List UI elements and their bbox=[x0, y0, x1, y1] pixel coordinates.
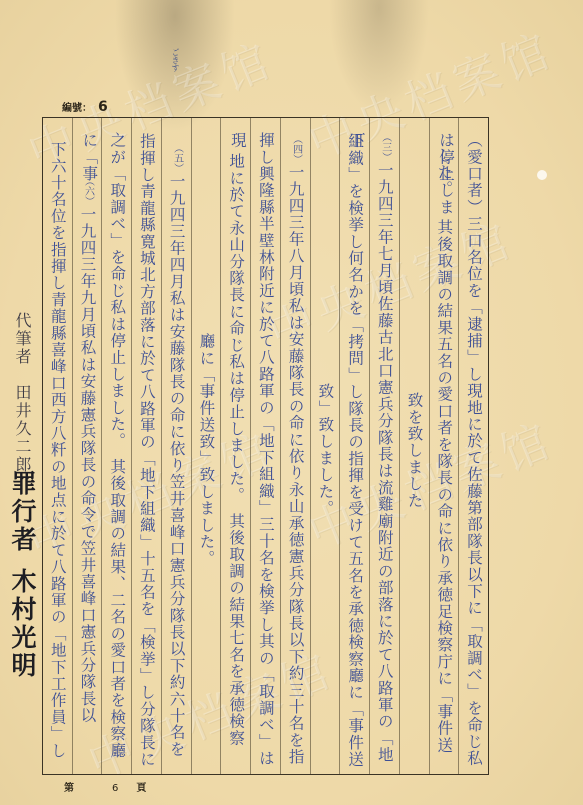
serial-number: 編號：6 bbox=[62, 99, 108, 115]
scribe-signature: 代筆者 田井久二郎 bbox=[8, 312, 34, 474]
punch-hole bbox=[537, 170, 547, 180]
column-text: 致」致しました。 bbox=[311, 132, 340, 768]
manuscript-column: 致」致しました。 bbox=[310, 118, 340, 774]
page-prefix: 第 bbox=[64, 783, 74, 794]
page-number-value: 6 bbox=[112, 783, 118, 794]
column-text: （三）一九四三年七月頃佐藤古北口憲兵分隊長は流雞廟附近の部落に於て八路軍の「地下 bbox=[370, 132, 399, 768]
column-text: 組織」を検挙し何名かを「拷問」し隊長の指揮を受けて五名を承徳検察廳に「事件送 bbox=[340, 132, 369, 768]
column-text: （四）一九四三年八月頃私は安藤隊長の命に依り永山承徳憲兵分隊長以下約三十名を指 bbox=[281, 132, 310, 768]
page-suffix: 頁 bbox=[136, 783, 146, 794]
section-marker: （四） bbox=[291, 134, 302, 164]
manuscript-column: 廳に「事件送致」致しました。 bbox=[191, 118, 221, 774]
column-text: （六）一九四三年九月頃私は安藤憲兵隊長の命令で笠井喜峰口憲兵分隊長以 bbox=[73, 132, 102, 768]
section-marker: （六） bbox=[82, 176, 93, 206]
manuscript-column: （五）一九四三年四月私は安藤隊長の命に依り笠井喜峰口憲兵分隊長以下約六十名を bbox=[161, 118, 191, 774]
manuscript-column: （四）一九四三年八月頃私は安藤隊長の命に依り永山承徳憲兵分隊長以下約三十名を指 bbox=[280, 118, 310, 774]
manuscript-column: 致を致しました bbox=[399, 118, 429, 774]
column-text: 之が「取調べ」を命じ私は停止しました。 其後取調の結果、二名の愛口者を検察廳に「… bbox=[102, 132, 131, 768]
manuscript-column: （六）一九四三年九月頃私は安藤憲兵隊長の命令で笠井喜峰口憲兵分隊長以 bbox=[72, 118, 102, 774]
manuscript-column: 指揮し青龍縣寛城北方部落に於て八路軍の「地下組織」十五名を「検挙」し分隊長に bbox=[131, 118, 161, 774]
manuscript-column: 揮し興隆縣半壁林附近に於て八路軍の「地下組織」三十名を検挙し其の「取調べ」は現 bbox=[250, 118, 280, 774]
manuscript-column: （愛口者）三口名位を「逮捕」し現地に於て佐藤第部隊長以下に「取調べ」を命じ私は停… bbox=[458, 118, 488, 774]
manuscript-column: 下六十名位を指揮し青龍縣喜峰口西方八粁の地点に於て八路軍の「地下工作員」し bbox=[43, 118, 72, 774]
manuscript-column: した。其後取調の結果五名の愛口者を隊長の命に依り承徳足検察庁に「事件送 bbox=[429, 118, 459, 774]
column-text: 指揮し青龍縣寛城北方部落に於て八路軍の「地下組織」十五名を「検挙」し分隊長に bbox=[132, 132, 161, 768]
column-text: 揮し興隆縣半壁林附近に於て八路軍の「地下組織」三十名を検挙し其の「取調べ」は現 bbox=[251, 132, 280, 768]
page-number: 第6頁 bbox=[64, 779, 146, 794]
manuscript-column: 地に於て永山分隊長に命じ私は停止しました。 其後取調の結果七名を承徳検察 bbox=[220, 118, 250, 774]
manuscript-column: 組織」を検挙し何名かを「拷問」し隊長の指揮を受けて五名を承徳検察廳に「事件送 bbox=[339, 118, 369, 774]
top-annotation: ごきす bbox=[165, 48, 179, 72]
serial-value: 6 bbox=[98, 99, 108, 115]
column-text: 廳に「事件送致」致しました。 bbox=[192, 132, 221, 768]
column-text: （五）一九四三年四月私は安藤隊長の命に依り笠井喜峰口憲兵分隊長以下約六十名を bbox=[162, 132, 191, 768]
manuscript-column: 之が「取調べ」を命じ私は停止しました。 其後取調の結果、二名の愛口者を検察廳に「… bbox=[101, 118, 131, 774]
section-marker: （三） bbox=[380, 132, 391, 162]
serial-label: 編號： bbox=[62, 103, 92, 114]
column-text: した。其後取調の結果五名の愛口者を隊長の命に依り承徳足検察庁に「事件送 bbox=[430, 132, 459, 768]
criminal-signature: 罪行者木村光明 bbox=[6, 470, 40, 680]
column-text: 下六十名位を指揮し青龍縣喜峰口西方八粁の地点に於て八路軍の「地下工作員」し bbox=[43, 132, 72, 768]
criminal-name: 木村光明 bbox=[4, 568, 40, 680]
manuscript-column: （三）一九四三年七月頃佐藤古北口憲兵分隊長は流雞廟附近の部落に於て八路軍の「地下 bbox=[369, 118, 399, 774]
column-text: 致を致しました bbox=[400, 132, 429, 768]
criminal-label: 罪行者 bbox=[8, 470, 37, 554]
manuscript-grid: （愛口者）三口名位を「逮捕」し現地に於て佐藤第部隊長以下に「取調べ」を命じ私は停… bbox=[42, 117, 489, 775]
column-text: （愛口者）三口名位を「逮捕」し現地に於て佐藤第部隊長以下に「取調べ」を命じ私は停… bbox=[459, 132, 488, 768]
column-text: 地に於て永山分隊長に命じ私は停止しました。 其後取調の結果七名を承徳検察 bbox=[221, 132, 250, 768]
section-marker: （五） bbox=[172, 143, 183, 173]
